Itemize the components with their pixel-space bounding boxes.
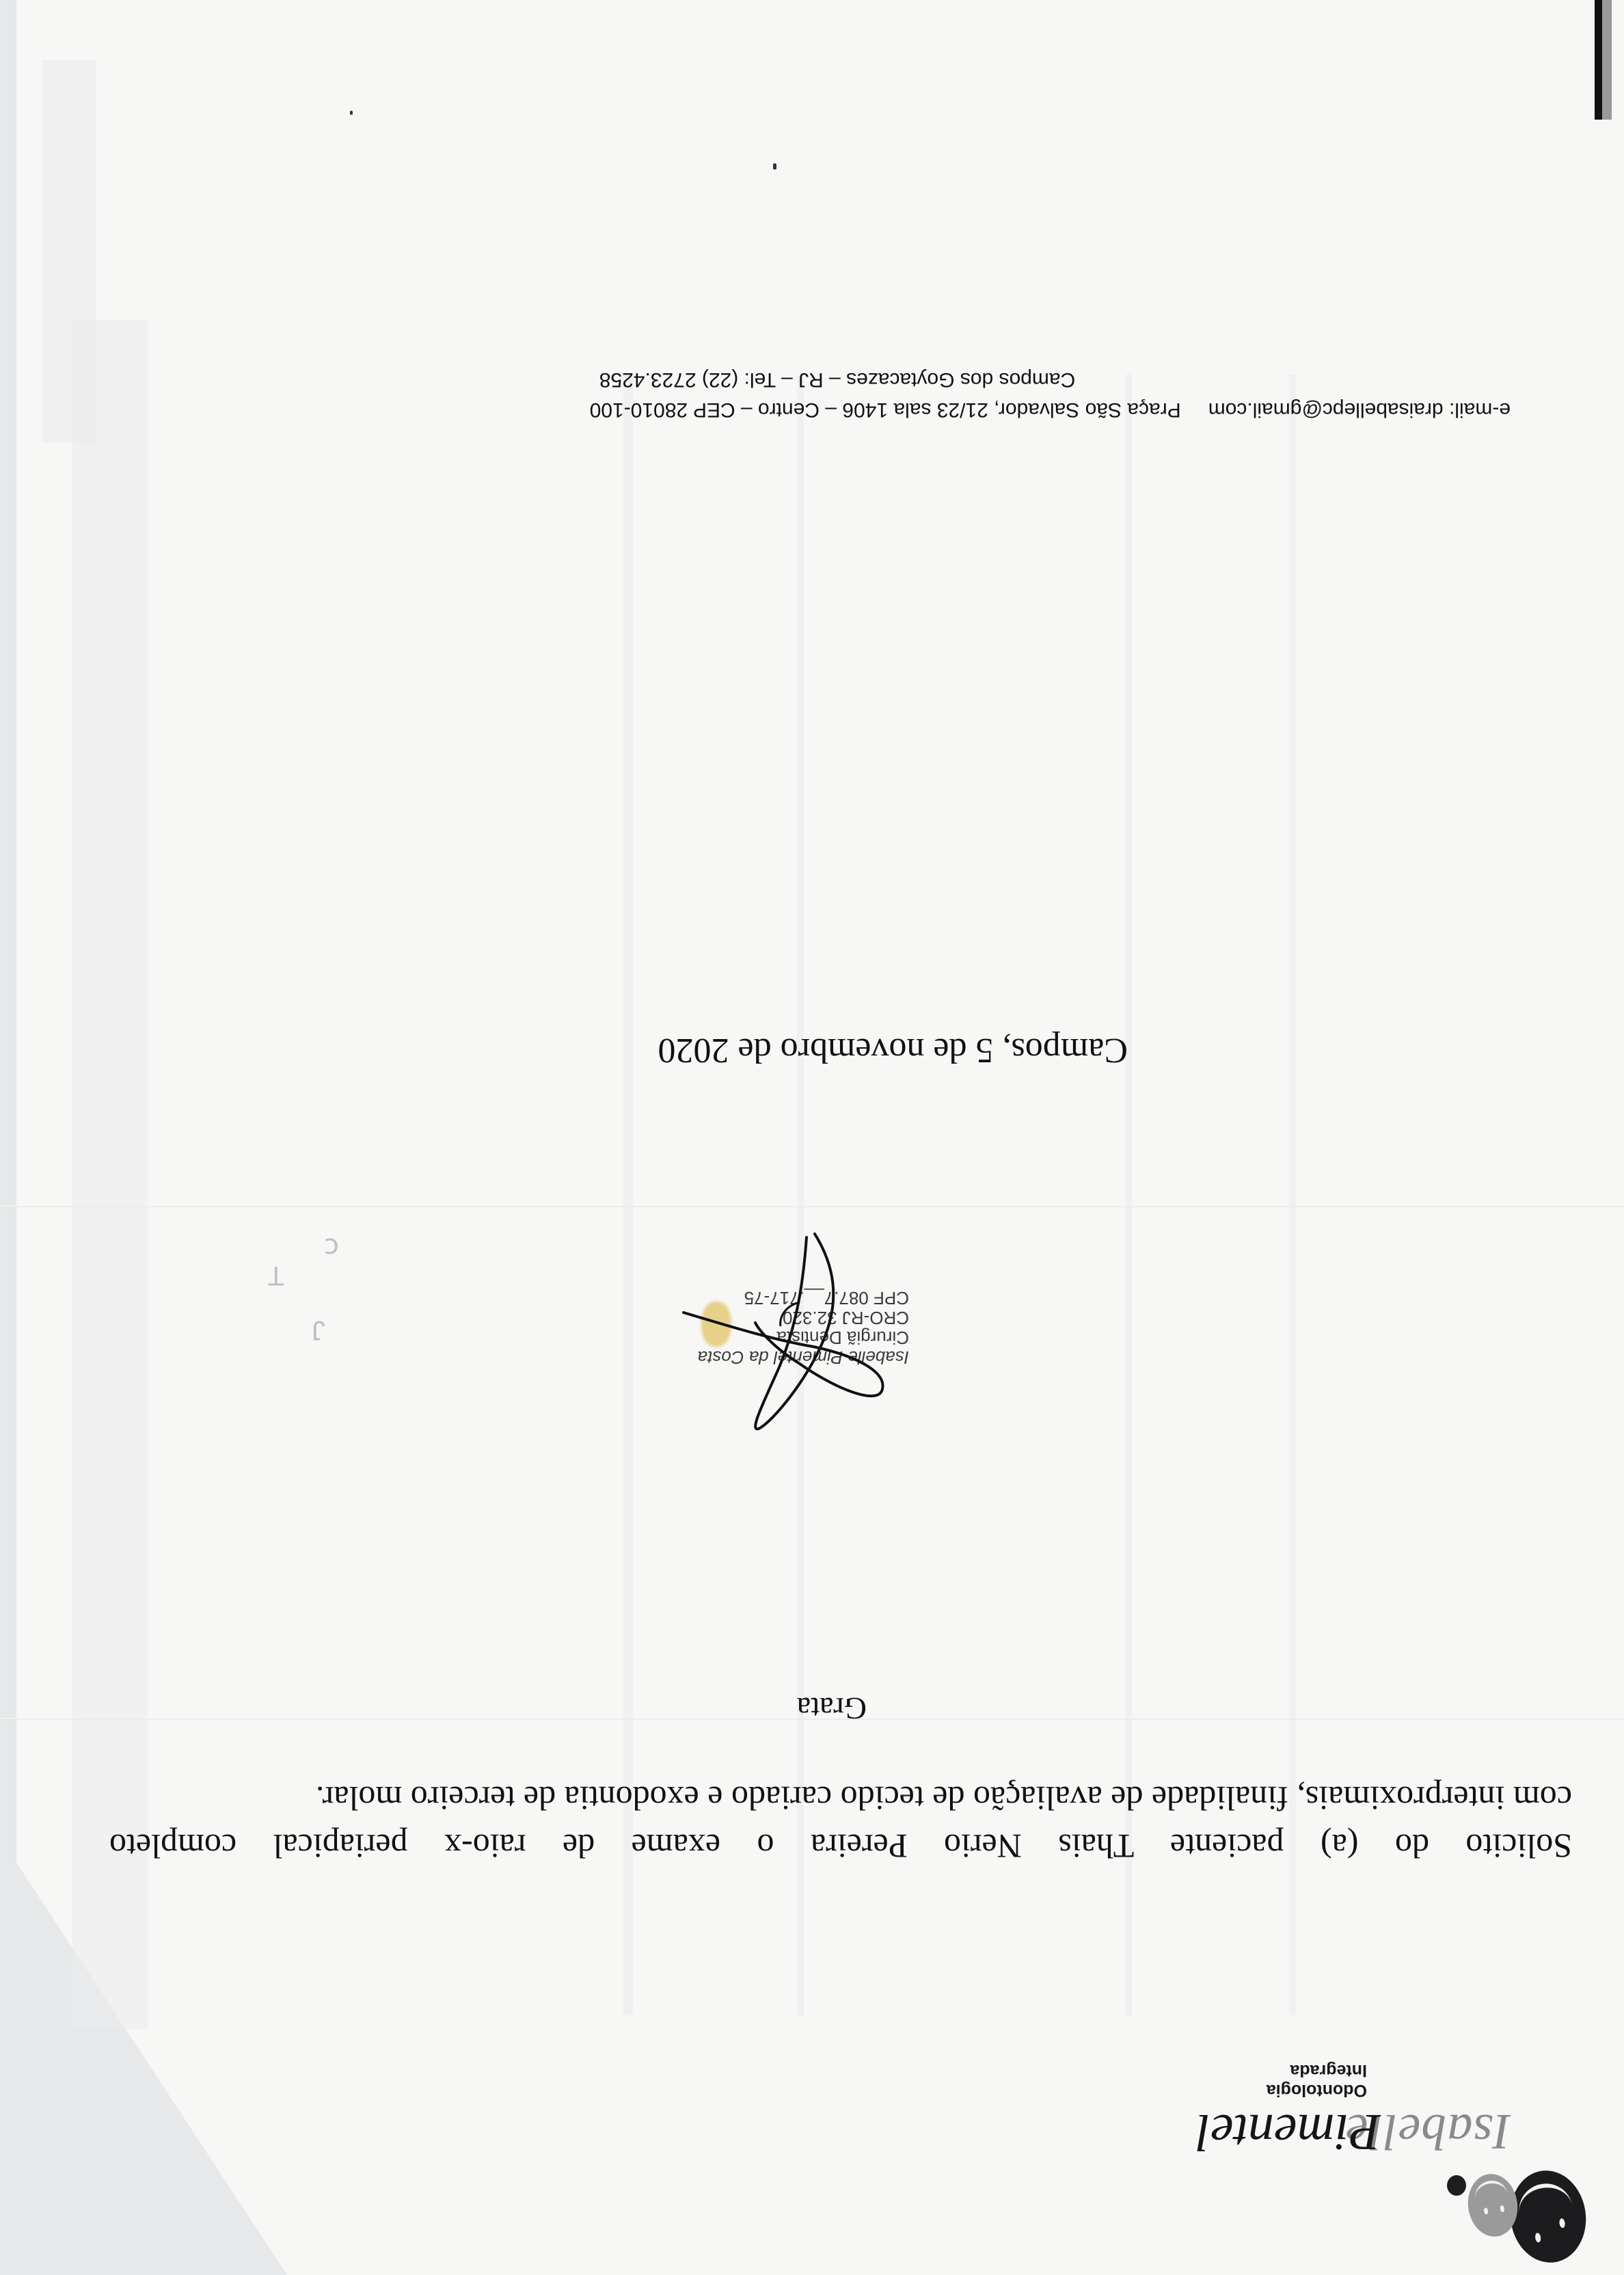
show-through-barcode [42,60,96,443]
show-through-line [1289,375,1296,2015]
letterhead-logo: Isabelle Pimentel Odontologia Integrada [1203,2078,1613,2270]
footer-address: Praça São Salvador, 21/23 sala 1406 – Ce… [590,399,1181,421]
logo-face-large-icon [1504,2166,1592,2267]
paper-fold [0,1205,1624,1207]
closing-greeting: Grata [797,1691,867,1727]
footer-contact-line: e-mail: draisabellepc@gmail.comPraça São… [219,398,1511,421]
faint-pencil-mark: T [268,1260,284,1291]
show-through-line [1125,375,1132,2015]
footer-city-phone: Campos dos Goytacazes – RJ – Tel: (22) 2… [191,368,1511,391]
edge-bar-dark [1595,0,1602,120]
request-text-line-2: com interproximais, finalidade de avalia… [109,1775,1572,1822]
ink-speck [773,163,776,170]
document-date: Campos, 5 de novembro de 2020 [658,1030,1128,1071]
brand-last-name: Pimentel [1196,2102,1381,2162]
faint-pencil-mark: J [312,1315,325,1345]
logo-face-small-icon [1447,2175,1466,2196]
show-through-line [623,375,633,2015]
scanned-page: J T ⅽ Isabelle Pimentel Odontologia Inte… [0,0,1624,2275]
request-text-line-1: Solicito do (a) paciente Thais Nerio Per… [109,1822,1572,1870]
footer-email: e-mail: draisabellepc@gmail.com [1208,399,1511,421]
handwritten-signature-icon [656,1224,943,1442]
show-through-form [72,320,148,2029]
show-through-line [797,375,804,2015]
signature-stamp-block: Isabelle Pimentel da Costa Cirurgiã Dent… [656,1224,943,1442]
brand-tagline: Odontologia Integrada [1203,2060,1367,2100]
ink-speck [350,111,353,115]
faint-pencil-mark: ⅽ [324,1232,339,1263]
